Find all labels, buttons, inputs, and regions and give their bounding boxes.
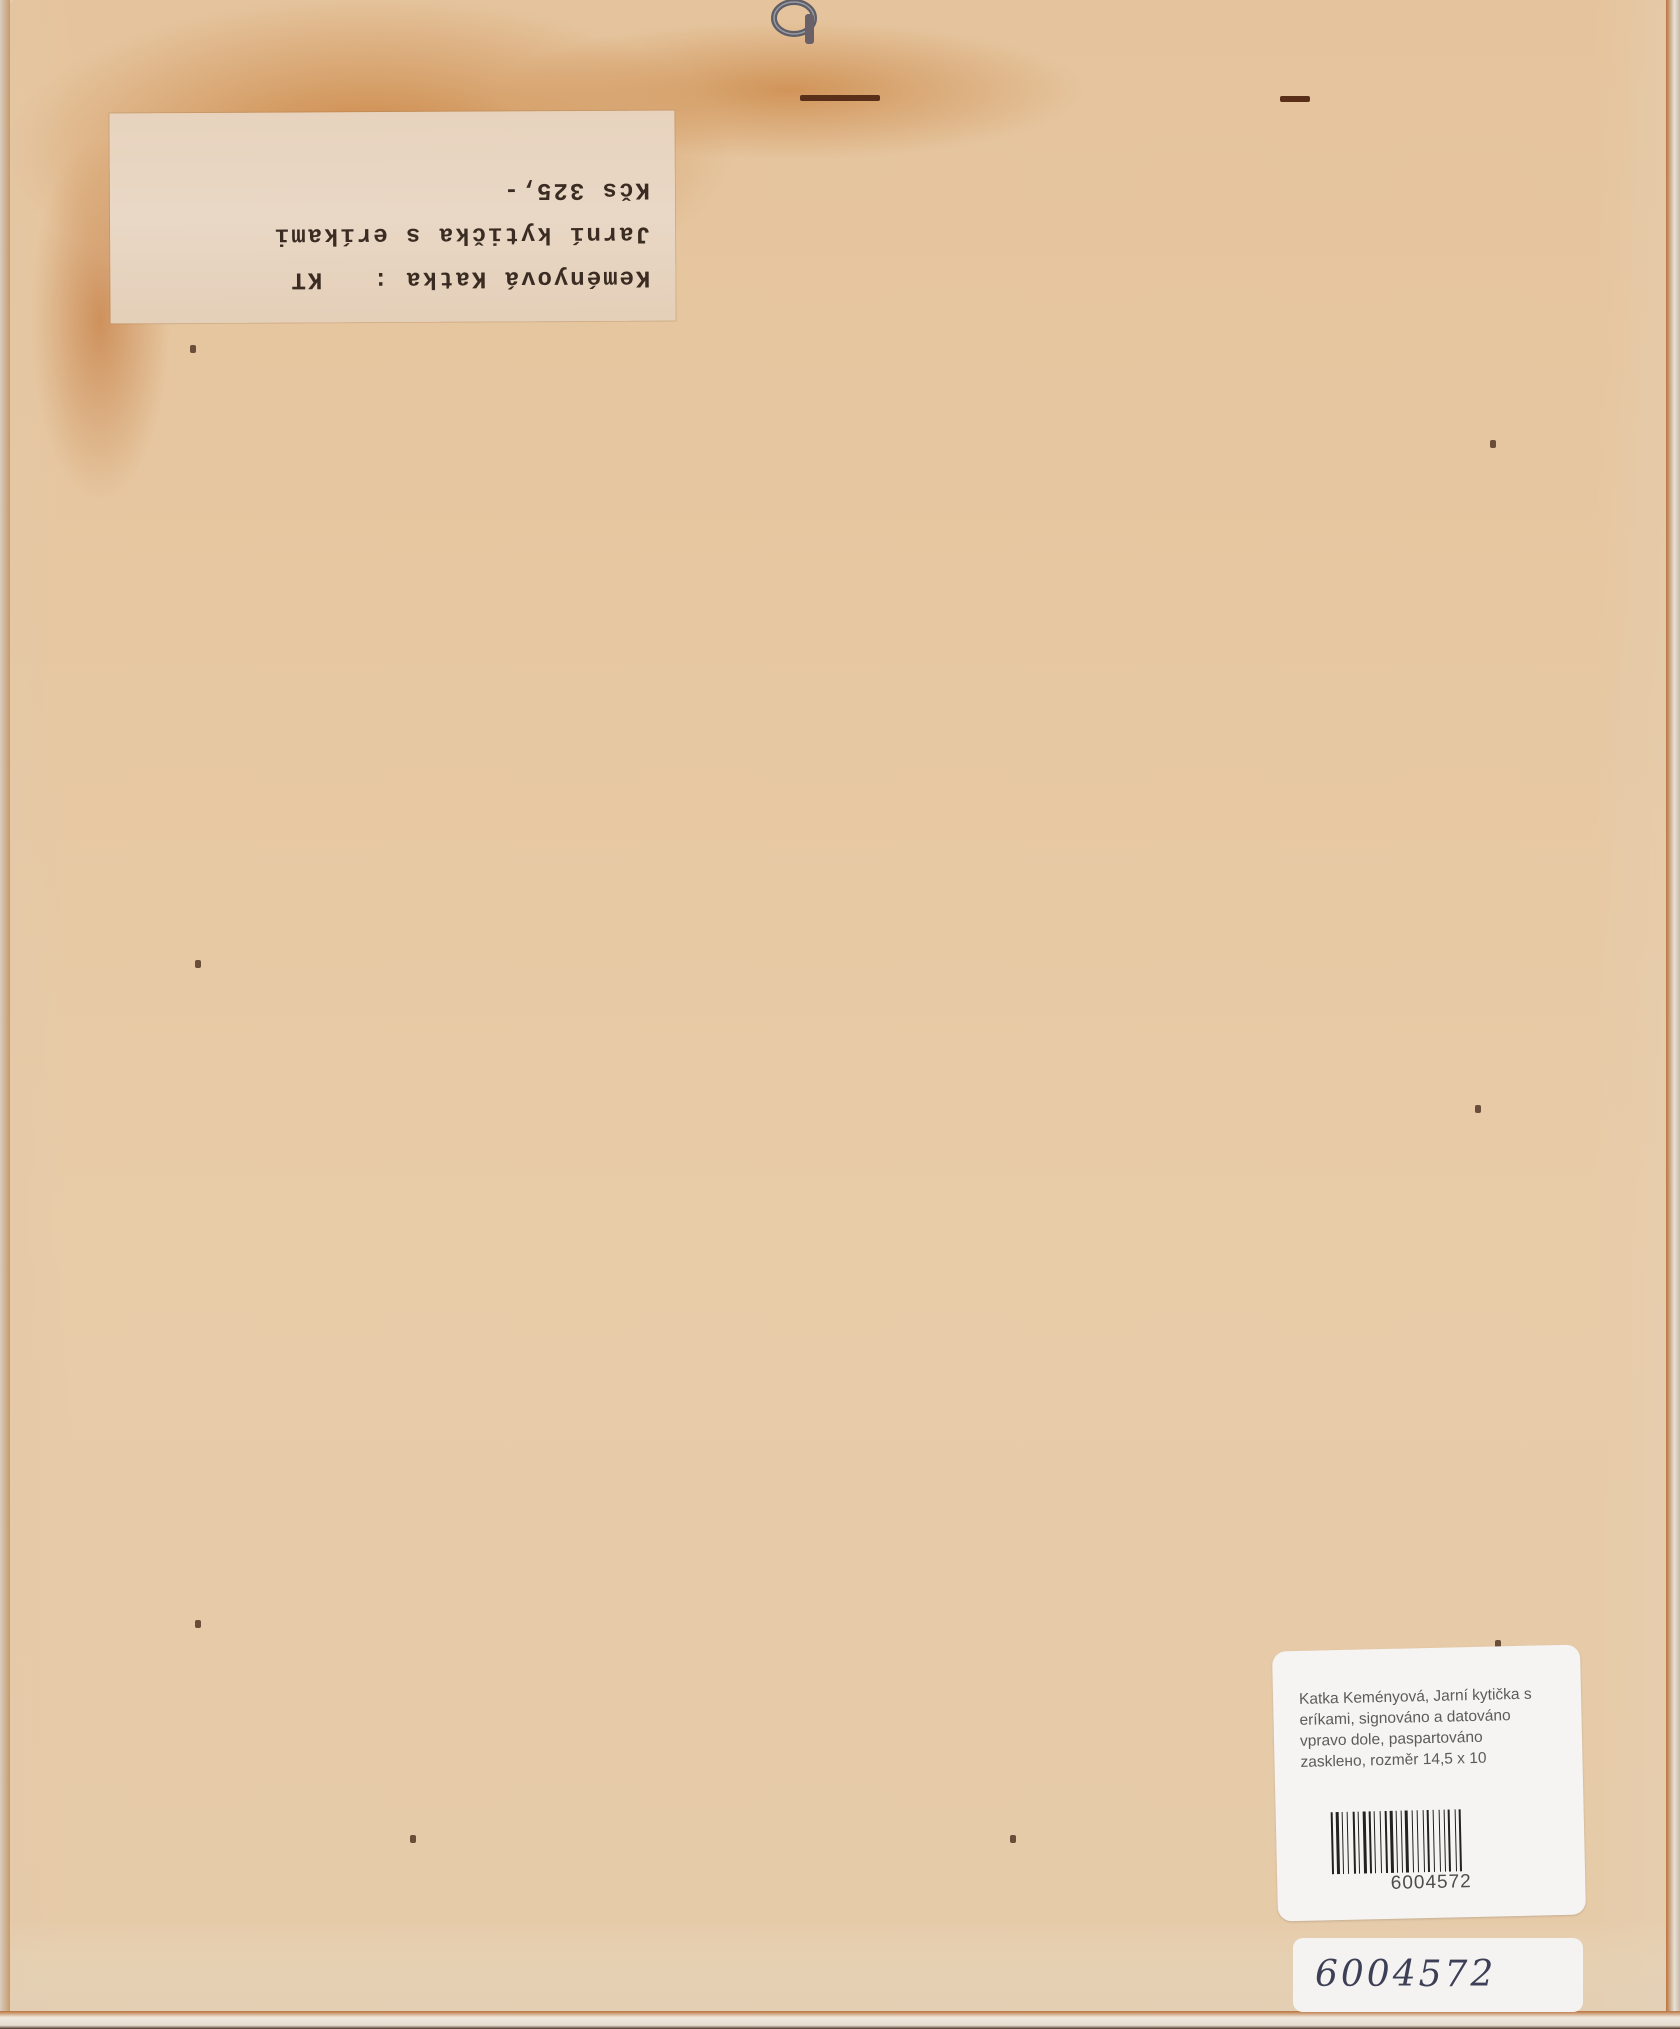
nail-icon bbox=[1475, 1105, 1481, 1113]
nail-icon bbox=[195, 1620, 201, 1628]
label-artist-line: Keményová Katka : KT bbox=[150, 255, 650, 302]
label-title-line: Jarní kytička s eríkami bbox=[150, 211, 650, 258]
frame-edge-bottom bbox=[0, 2011, 1680, 2029]
typed-paper-label: Keményová Katka : KT Jarní kytička s erí… bbox=[109, 111, 675, 324]
hanger-slot bbox=[800, 95, 880, 101]
nail-icon bbox=[195, 960, 201, 968]
frame-edge-left bbox=[0, 0, 10, 2029]
nail-icon bbox=[1490, 440, 1496, 448]
barcode-number: 6004572 bbox=[1277, 1868, 1585, 1897]
inventory-sticker: Katka Keményová, Jarní kytička s eríkami… bbox=[1272, 1645, 1586, 1922]
frame-edge-right bbox=[1666, 0, 1680, 2029]
nail-icon bbox=[410, 1835, 416, 1843]
label-price-line: Kčs 325,- bbox=[150, 167, 650, 214]
hanger-ring-icon bbox=[768, 0, 826, 48]
handwritten-tag: 6004572 bbox=[1293, 1938, 1583, 2012]
nail-icon bbox=[1010, 1835, 1016, 1843]
sticker-description: Katka Keményová, Jarní kytička s eríkami… bbox=[1299, 1683, 1571, 1773]
nail-icon bbox=[190, 345, 196, 353]
handwritten-number: 6004572 bbox=[1315, 1954, 1496, 1995]
barcode-icon bbox=[1331, 1807, 1542, 1874]
backing-slot bbox=[1280, 96, 1310, 102]
